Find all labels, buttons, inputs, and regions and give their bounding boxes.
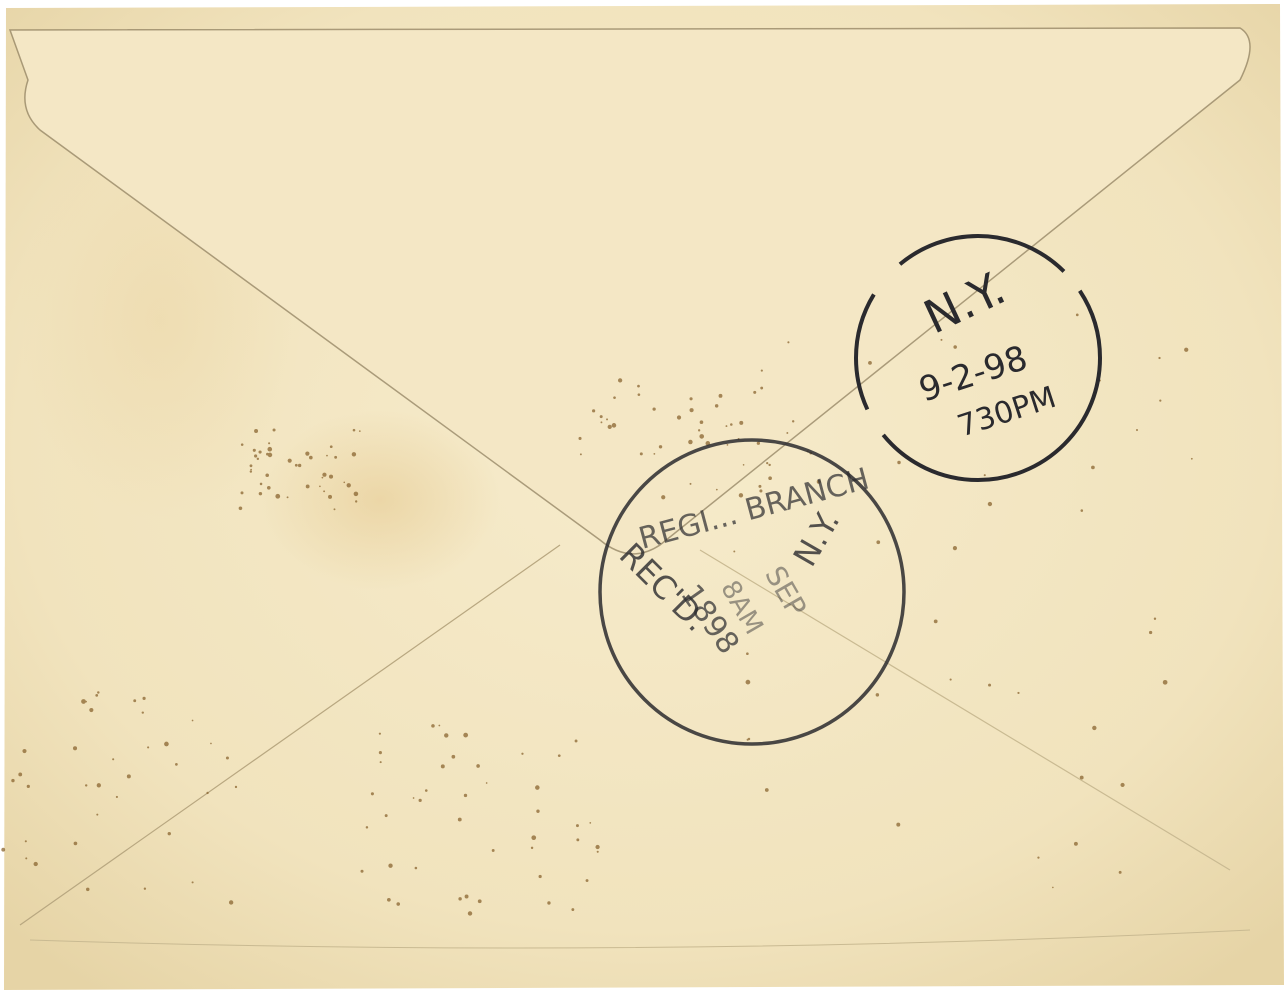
- envelope-photo: N.Y. 9-2-98 730PM REGI... BRANCH SEP 8AM…: [0, 0, 1288, 993]
- envelope-back: N.Y. 9-2-98 730PM REGI... BRANCH SEP 8AM…: [0, 0, 1288, 993]
